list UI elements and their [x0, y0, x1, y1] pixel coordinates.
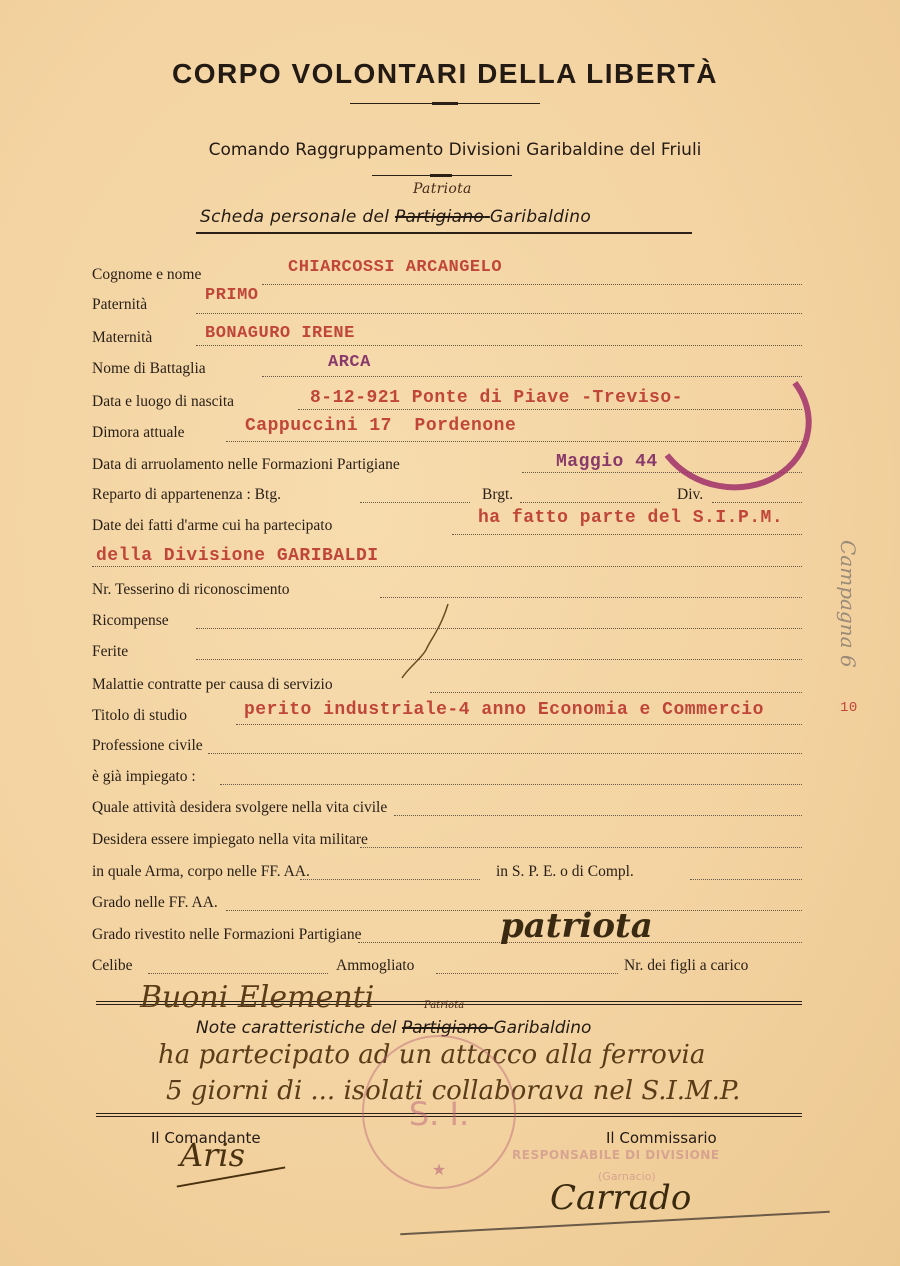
label-malattie: Malattie contratte per causa di servizio — [92, 676, 333, 694]
value-dimora: Cappuccini 17 Pordenone — [245, 416, 516, 436]
struck-word: Partigiano — [395, 207, 484, 227]
value-nome-battaglia: ARCA — [328, 353, 371, 372]
value-nascita: 8-12-921 Ponte di Piave -Treviso- — [310, 388, 683, 408]
label-ammogliato: Ammogliato — [336, 957, 414, 975]
label-cognome-nome: Cognome e nome — [92, 266, 201, 284]
label-reparto-brgt: Brgt. — [482, 486, 513, 504]
field-line — [394, 815, 802, 816]
field-line — [360, 502, 470, 503]
field-line — [436, 973, 618, 974]
commissario-label: Il Commissario — [606, 1129, 717, 1147]
margin-pencil-note: Campagna 6 — [836, 540, 860, 668]
field-line — [430, 692, 802, 693]
field-line — [196, 313, 802, 314]
label-paternita: Paternità — [92, 296, 147, 314]
label-impiegato: è già impiegato : — [92, 768, 196, 786]
field-line — [452, 534, 802, 535]
notes-title: Note caratteristiche del Partigiano Patr… — [196, 1018, 591, 1038]
form-title: Scheda personale del Partigiano Patriota… — [200, 207, 591, 227]
margin-typed-number: 10 — [840, 700, 858, 716]
label-ferite: Ferite — [92, 643, 128, 661]
division-stamp-mark: S. I. — [364, 1095, 514, 1133]
form-title-prefix: Scheda personale del — [200, 207, 389, 227]
form-title-struck: Partigiano Patriota — [395, 207, 490, 227]
label-arruolamento: Data di arruolamento nelle Formazioni Pa… — [92, 456, 400, 474]
label-ricompense: Ricompense — [92, 612, 169, 630]
value-titolo-studio: perito industriale-4 anno Economia e Com… — [244, 700, 764, 720]
label-nascita: Data e luogo di nascita — [92, 393, 234, 411]
field-line — [690, 879, 802, 880]
label-fatti-arme: Date dei fatti d'arme cui ha partecipato — [92, 517, 332, 535]
comandante-signature: Aris — [180, 1136, 245, 1174]
field-line — [520, 502, 660, 503]
field-line — [300, 879, 480, 880]
label-professione: Professione civile — [92, 737, 203, 755]
division-stamp: S. I. ★ — [362, 1035, 516, 1189]
form-title-suffix: Garibaldino — [490, 207, 591, 227]
field-line — [208, 753, 802, 754]
field-line — [360, 847, 802, 848]
value-fatti-arme: ha fatto parte del S.I.P.M. — [478, 508, 783, 528]
label-celibe: Celibe — [92, 957, 132, 975]
field-line — [380, 597, 802, 598]
form-title-underline — [196, 232, 692, 234]
label-vita-militare: Desidera essere impiegato nella vita mil… — [92, 831, 368, 849]
field-line — [196, 345, 802, 346]
label-titolo-studio: Titolo di studio — [92, 707, 187, 725]
title-divider-center — [432, 102, 458, 105]
value-grado-partigiano: patriota — [500, 906, 653, 946]
subtitle-divider-center — [430, 174, 452, 177]
value-arruolamento: Maggio 44 — [556, 452, 658, 472]
value-maternita: BONAGURO IRENE — [205, 324, 355, 343]
field-line — [196, 628, 802, 629]
notes-title-prefix: Note caratteristiche del — [196, 1018, 397, 1038]
field-line — [220, 784, 802, 785]
label-reparto-btg: Reparto di appartenenza : Btg. — [92, 486, 281, 504]
field-line — [262, 284, 802, 285]
label-grado-ffaa: Grado nelle FF. AA. — [92, 894, 218, 912]
document-subtitle: Comando Raggruppamento Divisioni Garibal… — [0, 140, 900, 160]
label-figli: Nr. dei figli a carico — [624, 957, 748, 975]
commissario-signature: Carrado — [550, 1178, 691, 1218]
label-attivita-civile: Quale attività desidera svolgere nella v… — [92, 799, 387, 817]
document-title: CORPO VOLONTARI DELLA LIBERTÀ — [0, 58, 890, 90]
notes-title-correction: Patriota — [424, 1000, 464, 1011]
field-line — [236, 724, 802, 725]
field-line — [148, 973, 328, 974]
label-nome-battaglia: Nome di Battaglia — [92, 360, 206, 378]
pen-squiggle — [390, 600, 460, 680]
value-cognome-nome: CHIARCOSSI ARCANGELO — [288, 258, 502, 277]
label-grado-partigiano: Grado rivestito nelle Formazioni Partigi… — [92, 926, 361, 944]
field-line — [712, 502, 802, 503]
violet-stamp — [639, 335, 823, 503]
label-tesserino: Nr. Tesserino di riconoscimento — [92, 581, 290, 599]
field-line — [196, 659, 802, 660]
label-reparto-div: Div. — [677, 486, 703, 504]
star-icon: ★ — [364, 1160, 514, 1179]
notes-handwritten-heading: Buoni Elementi — [140, 980, 374, 1015]
notes-title-suffix: Garibaldino — [494, 1018, 592, 1038]
field-line — [92, 566, 802, 567]
form-title-correction: Patriota — [413, 181, 472, 197]
value-paternita: PRIMO — [205, 286, 259, 305]
value-fatti-arme-line2: della Divisione GARIBALDI — [96, 546, 379, 566]
label-arma: in quale Arma, corpo nelle FF. AA. — [92, 863, 310, 881]
label-dimora: Dimora attuale — [92, 424, 185, 442]
commissario-stamp: RESPONSABILE DI DIVISIONE — [512, 1148, 720, 1162]
label-spe: in S. P. E. o di Compl. — [496, 863, 634, 881]
label-maternita: Maternità — [92, 329, 152, 347]
